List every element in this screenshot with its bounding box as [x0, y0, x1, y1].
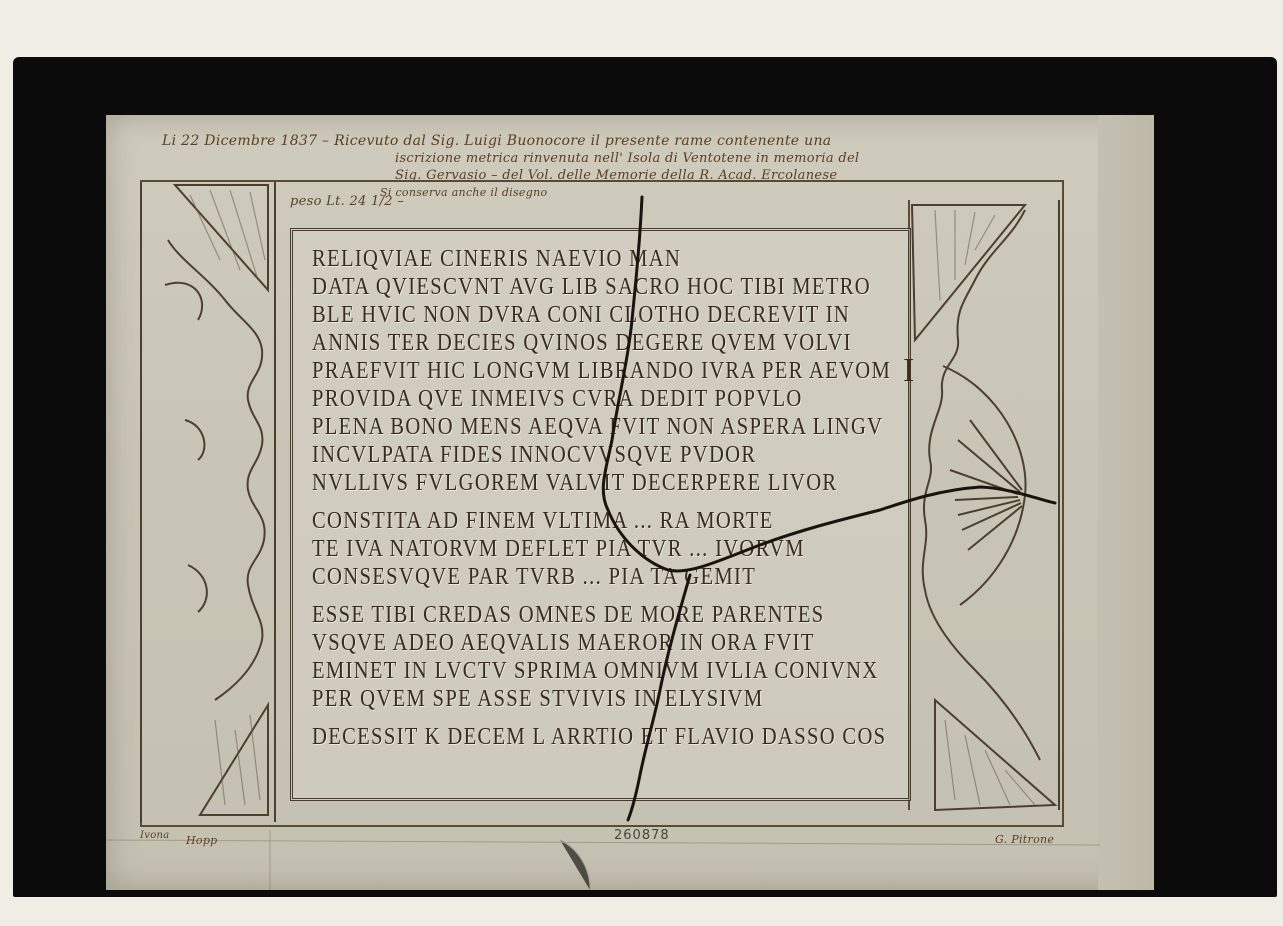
right-wave-ornament-icon: [923, 210, 1040, 760]
left-crescent-icon: [188, 565, 207, 612]
right-signature: G. Pitrone: [995, 833, 1054, 846]
left-wave-ornament-icon: [168, 240, 265, 700]
left-crescent-icon: [165, 283, 202, 320]
right-top-triangle-icon: [912, 205, 1025, 340]
left-bottom-triangle-icon: [200, 705, 268, 815]
left-crescent-icon: [185, 420, 204, 460]
left-signature-1: Ivona: [140, 830, 170, 841]
decorations-and-crack: [0, 0, 1283, 926]
catalog-number: 260878: [614, 828, 670, 843]
stone-crack-lower: [628, 575, 690, 820]
stone-crack: [603, 197, 1055, 571]
left-top-triangle-icon: [175, 185, 268, 290]
left-signature-2: Hopp: [186, 834, 218, 847]
